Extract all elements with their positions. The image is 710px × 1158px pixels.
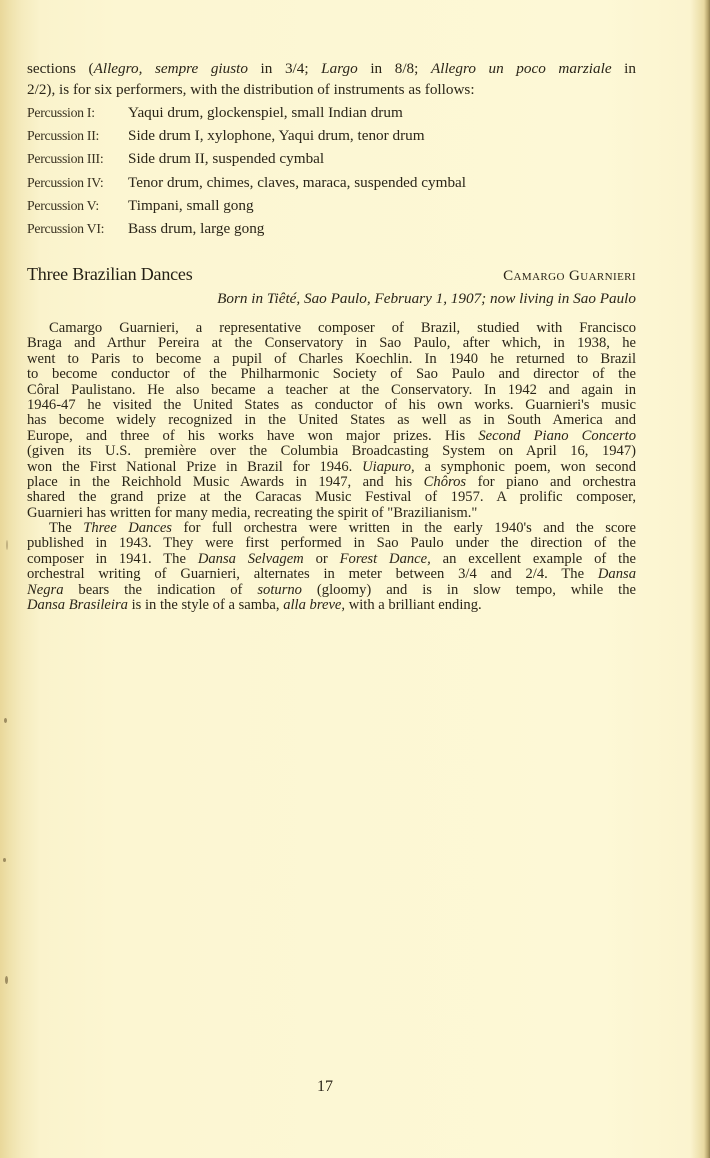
body-line: published in 1943. They were first perfo… (27, 536, 636, 551)
text-run: in 8/8; (358, 60, 431, 77)
instrument-label: Percussion IV: (27, 171, 128, 194)
body-line: went to Paris to become a pupil of Charl… (27, 352, 636, 367)
italic-text: Dansa Brasileira (27, 597, 128, 613)
italic-text: Dansa Selvagem (198, 551, 304, 567)
margin-speck (3, 858, 6, 862)
text-run: an excellent example of the (431, 551, 636, 567)
text-run: or (304, 551, 340, 567)
body-text: Camargo Guarnieri, a representative comp… (27, 321, 636, 613)
page-number: 17 (0, 1078, 650, 1096)
body-line: Guarnieri has written for many media, re… (27, 506, 636, 521)
text-run: (gloomy) and is in slow tempo, while the (302, 582, 636, 598)
italic-text: alla breve, (283, 597, 345, 613)
text-run: The (49, 520, 83, 536)
italic-text: Three Dances (83, 520, 172, 536)
body-line: Camargo Guarnieri, a representative comp… (27, 321, 636, 336)
italic-text: soturno (257, 582, 302, 598)
instrument-value: Timpani, small gong (128, 194, 627, 217)
body-line: Negra bears the indication of soturno (g… (27, 583, 636, 598)
italic-text: Forest Dance, (340, 551, 431, 567)
text-run: Guarnieri has written for many media, re… (27, 505, 477, 521)
instrument-row: Percussion IV:Tenor drum, chimes, claves… (27, 171, 627, 194)
body-line: Côral Paulistano. He also became a teach… (27, 383, 636, 398)
text-run: in 3/4; (248, 60, 321, 77)
italic-text: Dansa (598, 566, 636, 582)
text-run: went to Paris to become a pupil of Charl… (27, 351, 636, 367)
body-line: to become conductor of the Philharmonic … (27, 367, 636, 382)
instrument-value: Bass drum, large gong (128, 217, 627, 240)
text-run: is in the style of a samba, (128, 597, 283, 613)
margin-speck (5, 976, 8, 984)
text-run: to become conductor of the Philharmonic … (27, 366, 636, 382)
instrument-value: Yaqui drum, glockenspiel, small Indian d… (128, 101, 627, 124)
instrument-row: Percussion II:Side drum I, xylophone, Ya… (27, 124, 627, 147)
section-heading: Three Brazilian Dances Camargo Guarnieri (27, 264, 636, 285)
italic-text: Allegro, sempre giusto (94, 60, 248, 77)
text-run: a symphonic poem, won second (415, 459, 636, 475)
composer-bio-line: Born in Tiêté, Sao Paulo, February 1, 19… (27, 290, 636, 308)
text-run: for full orchestra were written in the e… (172, 520, 636, 536)
body-line: 1946-47 he visited the United States as … (27, 398, 636, 413)
text-run: orchestral writing of Guarnieri, alterna… (27, 566, 598, 582)
text-run: has become widely recognized in the Unit… (27, 412, 636, 428)
body-line: has become widely recognized in the Unit… (27, 413, 636, 428)
instrument-row: Percussion V:Timpani, small gong (27, 194, 627, 217)
italic-text: Negra (27, 582, 63, 598)
text-run: bears the indication of (63, 582, 257, 598)
text-run: Camargo Guarnieri, a representative comp… (49, 320, 636, 336)
intro-line: sections (Allegro, sempre giusto in 3/4;… (27, 58, 636, 79)
instrument-label: Percussion II: (27, 124, 128, 147)
text-run: Europe, and three of his works have won … (27, 428, 478, 444)
instrument-value: Tenor drum, chimes, claves, maraca, susp… (128, 171, 627, 194)
body-line: Braga and Arthur Pereira at the Conserva… (27, 336, 636, 351)
document-page: sections (Allegro, sempre giusto in 3/4;… (0, 0, 710, 1158)
instrument-row: Percussion III:Side drum II, suspended c… (27, 147, 627, 170)
text-run: 1946-47 he visited the United States as … (27, 397, 636, 413)
instrument-row: Percussion VI:Bass drum, large gong (27, 217, 627, 240)
instrument-label: Percussion V: (27, 194, 128, 217)
instrument-row: Percussion I:Yaqui drum, glockenspiel, s… (27, 101, 627, 124)
body-line: orchestral writing of Guarnieri, alterna… (27, 567, 636, 582)
body-line: place in the Reichhold Music Awards in 1… (27, 475, 636, 490)
text-run: with a brilliant ending. (345, 597, 482, 613)
body-line: won the First National Prize in Brazil f… (27, 460, 636, 475)
text-run: won the First National Prize in Brazil f… (27, 459, 362, 475)
text-run: shared the grand prize at the Caracas Mu… (27, 489, 636, 505)
instrument-value: Side drum II, suspended cymbal (128, 147, 627, 170)
italic-text: Second Piano Concerto (478, 428, 636, 444)
body-line: Europe, and three of his works have won … (27, 429, 636, 444)
text-run: (given its U.S. première over the Columb… (27, 443, 636, 459)
body-line: shared the grand prize at the Caracas Mu… (27, 490, 636, 505)
italic-text: Largo (321, 60, 358, 77)
composer-name: Camargo Guarnieri (503, 268, 636, 285)
instrument-label: Percussion I: (27, 101, 128, 124)
text-run: in (612, 60, 636, 77)
intro-paragraph: sections (Allegro, sempre giusto in 3/4;… (27, 58, 636, 100)
text-run: Côral Paulistano. He also became a teach… (27, 382, 636, 398)
margin-speck (6, 540, 8, 550)
work-title: Three Brazilian Dances (27, 264, 193, 285)
margin-speck (4, 718, 7, 723)
body-line: Dansa Brasileira is in the style of a sa… (27, 598, 636, 613)
text-run: sections ( (27, 60, 94, 77)
text-run: composer in 1941. The (27, 551, 198, 567)
text-run: published in 1943. They were first perfo… (27, 535, 636, 551)
text-run: for piano and orchestra (466, 474, 636, 490)
body-line: (given its U.S. première over the Columb… (27, 444, 636, 459)
instrument-label: Percussion III: (27, 147, 128, 170)
instrument-distribution-list: Percussion I:Yaqui drum, glockenspiel, s… (27, 101, 627, 240)
body-line: composer in 1941. The Dansa Selvagem or … (27, 552, 636, 567)
italic-text: Chôros (424, 474, 466, 490)
instrument-label: Percussion VI: (27, 217, 128, 240)
text-run: place in the Reichhold Music Awards in 1… (27, 474, 424, 490)
text-run: Braga and Arthur Pereira at the Conserva… (27, 335, 636, 351)
text-run: 2/2), is for six performers, with the di… (27, 81, 475, 98)
italic-text: Uiapuro, (362, 459, 415, 475)
italic-text: Allegro un poco marziale (431, 60, 612, 77)
instrument-value: Side drum I, xylophone, Yaqui drum, teno… (128, 124, 627, 147)
body-line: The Three Dances for full orchestra were… (27, 521, 636, 536)
intro-line: 2/2), is for six performers, with the di… (27, 79, 636, 100)
